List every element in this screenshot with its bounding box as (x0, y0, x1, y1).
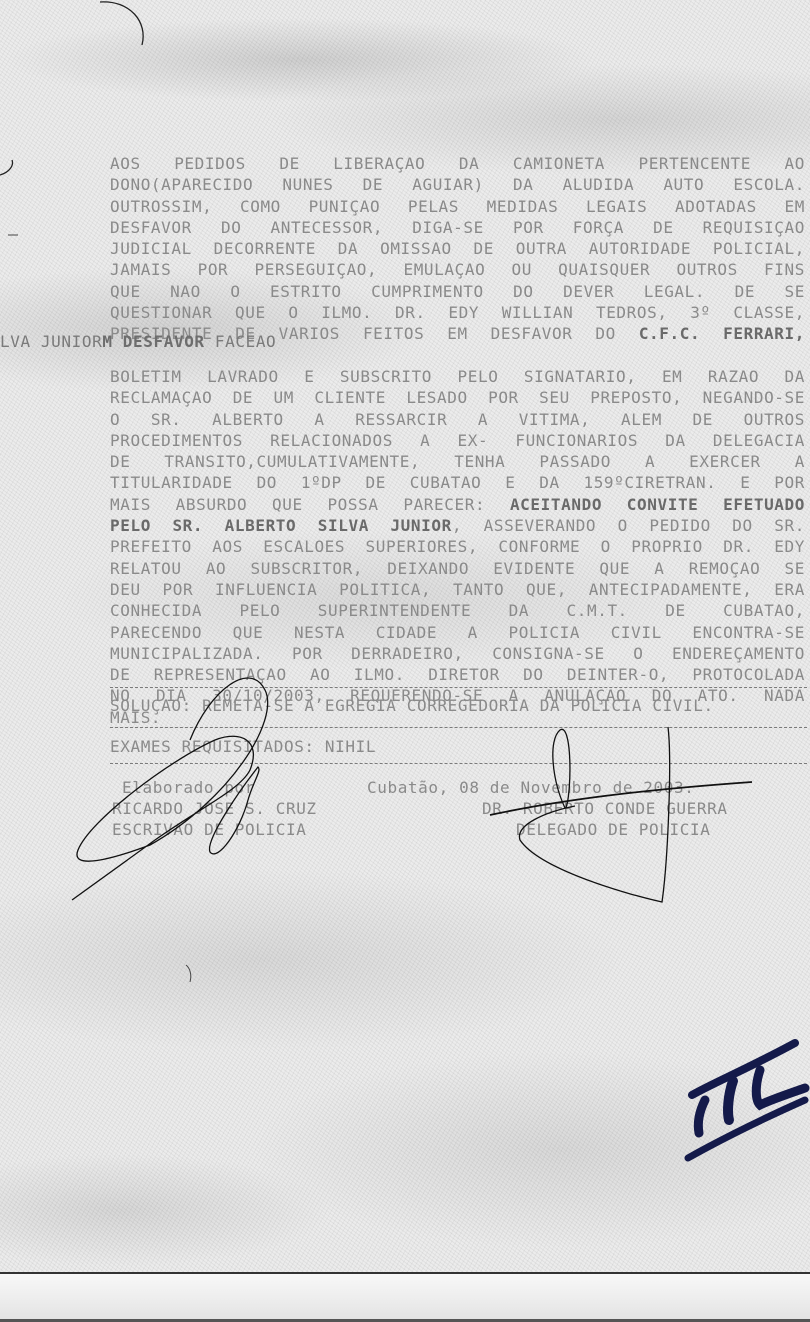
body-line: JUDICIAL DECORRENTE DA OMISSAO DE OUTRA … (110, 238, 805, 259)
overprint-garbled: M DESFAVOR (102, 332, 204, 351)
divider (110, 687, 807, 688)
divider (110, 763, 807, 764)
body-text: AOS PEDIDOS DE LIBERAÇAO DA CAMIONETA PE… (110, 153, 805, 728)
text-bold: ACEITANDO CONVITE EFETUADO (510, 495, 805, 514)
body-line: DONO(APARECIDO NUNES DE AGUIAR) DA ALUDI… (110, 174, 805, 195)
body-line: OUTROSSIM, COMO PUNIÇAO PELAS MEDIDAS LE… (110, 196, 805, 217)
body-line: PROCEDIMENTOS RELACIONADOS A EX- FUNCION… (110, 430, 805, 451)
body-line: MUNICIPALIZADA. POR DERRADEIRO, CONSIGNA… (110, 643, 805, 664)
signer-name-left: RICARDO JOSE S. CRUZ (112, 798, 317, 819)
body-line: TITULARIDADE DO 1ºDP DE CUBATAO E DA 159… (110, 472, 805, 493)
text-normal: MAIS ABSURDO QUE POSSA PARECER: (110, 495, 510, 514)
text-bold: PELO SR. ALBERTO SILVA JUNIOR (110, 516, 452, 535)
body-line: RECLAMAÇAO DE UM CLIENTE LESADO POR SEU … (110, 387, 805, 408)
place-date: Cubatão, 08 de Novembro de 2003. (367, 777, 694, 798)
body-line: PARECENDO QUE NESTA CIDADE A POLICIA CIV… (110, 622, 805, 643)
body-line-pelo-sr: PELO SR. ALBERTO SILVA JUNIOR, ASSEVERAN… (110, 515, 805, 536)
signature-block-right: DR. ROBERTO CONDE GUERRA DELEGADO DE POL… (482, 798, 728, 840)
elaborado-label: Elaborado por (112, 777, 317, 798)
signer-role-left: ESCRIVAO DE POLICIA (112, 819, 317, 840)
stamp-III (688, 1043, 805, 1158)
overprinted-line: LVA JUNIORM DESFAVOR FACEAO (0, 332, 276, 351)
body-line: PREFEITO AOS ESCALOES SUPERIORES, CONFOR… (110, 536, 805, 557)
body-line: DEU POR INFLUENCIA POLITICA, TANTO QUE, … (110, 579, 805, 600)
margin-arc-mark (100, 2, 143, 45)
pen-mark (186, 965, 191, 982)
document-page: AOS PEDIDOS DE LIBERAÇAO DA CAMIONETA PE… (0, 0, 810, 1322)
body-line: CONHECIDA PELO SUPERINTENDENTE DA C.M.T.… (110, 600, 805, 621)
body-line: O SR. ALBERTO A RESSARCIR A VITIMA, ALEM… (110, 409, 805, 430)
signer-role-right: DELEGADO DE POLICIA (482, 819, 728, 840)
margin-arc-mark (0, 160, 13, 175)
signature-block-left: Elaborado por RICARDO JOSE S. CRUZ ESCRI… (112, 777, 317, 840)
body-line: AOS PEDIDOS DE LIBERAÇAO DA CAMIONETA PE… (110, 153, 805, 174)
body-line: DE REPRESENTAÇAO AO ILMO. DIRETOR DO DEI… (110, 664, 805, 685)
divider (110, 727, 807, 728)
body-line: BOLETIM LAVRADO E SUBSCRITO PELO SIGNATA… (110, 366, 805, 387)
scan-bottom-band (0, 1272, 810, 1322)
text-bold: C.F.C. FERRARI, (639, 324, 805, 343)
body-line-mais-absurdo: MAIS ABSURDO QUE POSSA PARECER: ACEITAND… (110, 494, 805, 515)
body-line: DE TRANSITO,CUMULATIVAMENTE, TENHA PASSA… (110, 451, 805, 472)
exames-line: EXAMES REQUISITADOS: NIHIL (110, 737, 376, 756)
text-normal: , ASSEVERANDO O PEDIDO DO SR. (452, 516, 805, 535)
signer-name-right: DR. ROBERTO CONDE GUERRA (482, 798, 728, 819)
solucao-line: SOLUÇAO: REMETA-SE A EGREGIA CORREGEDORI… (110, 696, 714, 715)
overprint-suffix: FACEAO (205, 332, 277, 351)
body-line: JAMAIS POR PERSEGUIÇAO, EMULAÇAO OU QUAI… (110, 259, 805, 280)
body-line: RELATOU AO SUBSCRITOR, DEIXANDO EVIDENTE… (110, 558, 805, 579)
overprint-prefix: LVA JUNIOR (0, 332, 102, 351)
body-line: QUESTIONAR QUE O ILMO. DR. EDY WILLIAN T… (110, 302, 805, 323)
body-line: QUE NAO O ESTRITO CUMPRIMENTO DO DEVER L… (110, 281, 805, 302)
body-line: DESFAVOR DO ANTECESSOR, DIGA-SE POR FORÇ… (110, 217, 805, 238)
